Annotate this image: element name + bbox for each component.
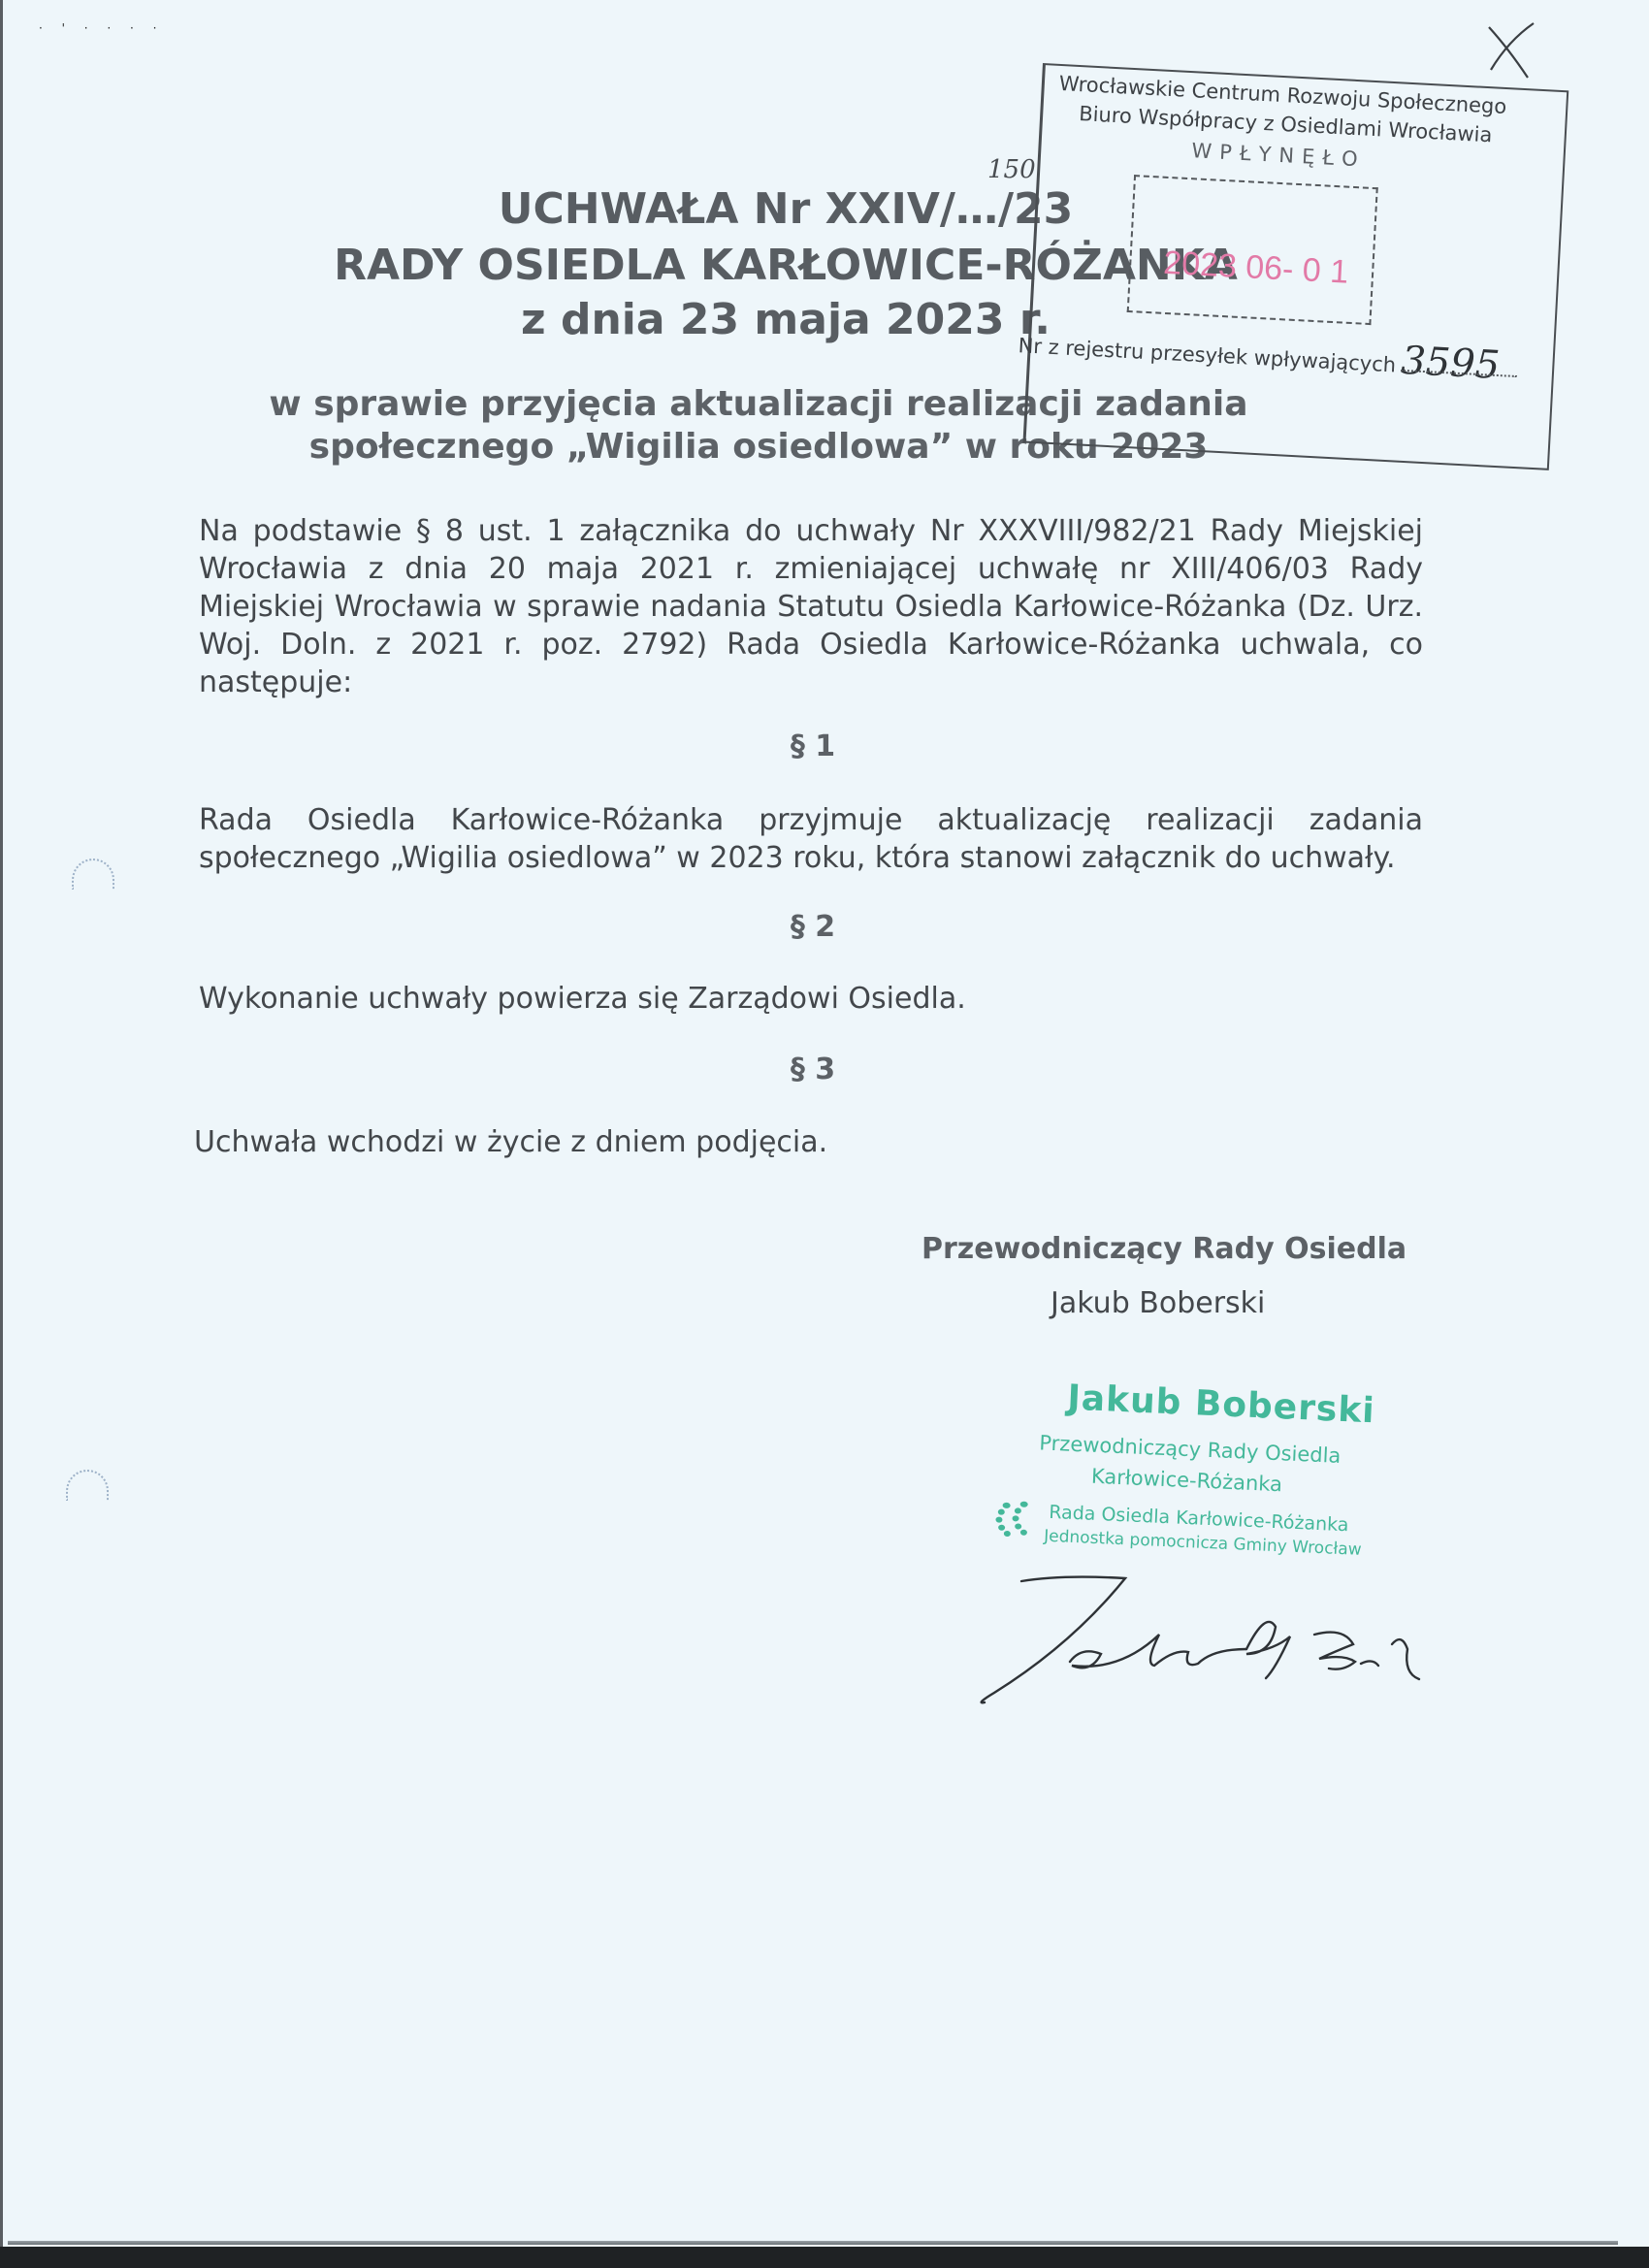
council-logo-icon xyxy=(991,1497,1040,1541)
section-3-text: Uchwała wchodzi w życie z dniem podjęcia… xyxy=(194,1123,1418,1161)
stamp-role-line-2: Karłowice-Różanka xyxy=(1090,1465,1282,1497)
signatory-title: Przewodniczący Rady Osiedla xyxy=(921,1232,1406,1266)
stamp-register-number: 3595 xyxy=(1400,339,1501,388)
stamp-person-name: Jakub Boberski xyxy=(1067,1378,1376,1432)
preamble: Na podstawie § 8 ust. 1 załącznika do uc… xyxy=(199,512,1423,701)
official-name-stamp: Jakub Boberski Przewodniczący Rady Osied… xyxy=(981,1363,1436,1586)
section-2-text: Wykonanie uchwały powierza się Zarządowi… xyxy=(199,980,1423,1018)
scan-bottom-band xyxy=(0,2247,1649,2268)
section-1-text: Rada Osiedla Karłowice-Różanka przyjmuje… xyxy=(199,801,1423,877)
signatory-name: Jakub Boberski xyxy=(1051,1286,1265,1320)
scan-artifacts: · ' · · · · xyxy=(39,21,164,35)
section-2-label: § 2 xyxy=(0,910,1637,944)
registration-stamp: Wrocławskie Centrum Rozwoju Społecznego … xyxy=(1022,63,1566,478)
scan-bottom-line xyxy=(8,2241,1618,2245)
punch-hole-mark xyxy=(72,859,114,890)
handwritten-resolution-number: 150 xyxy=(987,155,1036,184)
handwritten-signature xyxy=(955,1557,1421,1712)
punch-hole-mark xyxy=(66,1470,109,1501)
section-3-label: § 3 xyxy=(0,1053,1637,1086)
stamp-role-line-1: Przewodniczący Rady Osiedla xyxy=(1039,1431,1342,1468)
section-1-label: § 1 xyxy=(0,729,1637,763)
corner-x-mark-icon xyxy=(1470,19,1547,87)
scanned-page: · ' · · · · UCHWAŁA Nr XXIV/…/23 150 RAD… xyxy=(0,0,1649,2268)
